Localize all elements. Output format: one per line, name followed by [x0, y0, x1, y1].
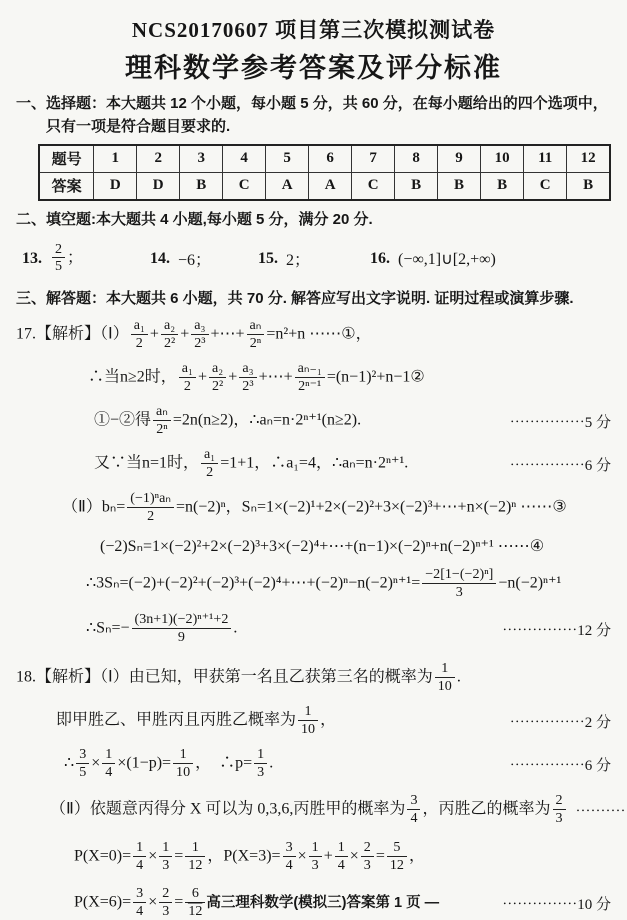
- question-number-cell: 1: [94, 145, 137, 173]
- solution-line: 又∵当n=1时，a₁2=1+1，∴a₁=4，∴aₙ=n·2ⁿ⁺¹. ⋯⋯⋯⋯⋯6…: [16, 442, 611, 486]
- math-formula: 17.【解析】（Ⅰ）a₁2+a₂2²+a₃2³+⋯+aₙ2ⁿ=n²+n ⋯⋯①，: [16, 318, 372, 351]
- problem-18-solution: 18.【解析】（Ⅰ）由已知，甲获第一名且乙获第三名的概率为110. 即甲胜乙、甲…: [16, 656, 611, 920]
- score-label: ⋯⋯⋯⋯⋯6 分: [502, 454, 611, 475]
- math-formula: （Ⅱ）依题意丙得分 X 可以为 0,3,6,丙胜甲的概率为34，丙胜乙的概率为2…: [50, 793, 568, 826]
- math-formula: 18.【解析】（Ⅰ）由已知，甲获第一名且乙获第三名的概率为110.: [16, 661, 461, 694]
- answer-cell: C: [352, 173, 395, 201]
- multiple-choice-answer-table: 题号 1 2 3 4 5 6 7 8 9 10 11 12 答案 D D B C…: [38, 144, 611, 201]
- score-label: ⋯⋯⋯⋯⋯6 分: [502, 754, 611, 775]
- solution-line: P(X=0)=14×13=112，P(X=3)=34×13+14×23=512，: [16, 834, 611, 880]
- table-row-question-numbers: 题号 1 2 3 4 5 6 7 8 9 10 11 12: [39, 145, 610, 173]
- answer-cell: B: [567, 173, 610, 201]
- fill-in-answer-14: 14. −6；: [150, 247, 258, 270]
- question-number-cell: 7: [352, 145, 395, 173]
- question-number-cell: 2: [137, 145, 180, 173]
- question-14-label: 14.: [150, 250, 170, 268]
- question-number-cell: 6: [309, 145, 352, 173]
- fill-in-answer-15: 15. 2；: [258, 247, 370, 270]
- question-16-label: 16.: [370, 250, 390, 268]
- math-formula: P(X=0)=14×13=112，P(X=3)=34×13+14×23=512，: [74, 840, 425, 873]
- math-formula: ①−②得aₙ2ⁿ=2n(n≥2)，∴aₙ=n·2ⁿ⁺¹(n≥2).: [94, 404, 361, 437]
- solution-line: (−2)Sₙ=1×(−2)²+2×(−2)³+3×(−2)⁴+⋯+(n−1)×(…: [16, 530, 611, 562]
- math-formula: （Ⅱ）bₙ=(−1)ⁿaₙ2=n(−2)ⁿ，Sₙ=1×(−2)¹+2×(−2)²…: [62, 491, 567, 524]
- page-subtitle: 理科数学参考答案及评分标准: [16, 46, 611, 85]
- question-14-answer: −6；: [178, 247, 211, 270]
- fill-in-answer-13: 13. 25；: [22, 242, 150, 275]
- math-formula: 又∵当n=1时，a₁2=1+1，∴a₁=4，∴aₙ=n·2ⁿ⁺¹.: [94, 447, 408, 480]
- question-15-answer: 2；: [286, 247, 310, 270]
- page-footer: — 高三理科数学(模拟三)答案第 1 页 —: [0, 891, 627, 912]
- solution-line: 即甲胜乙、甲胜丙且丙胜乙概率为110， ⋯⋯⋯⋯⋯2 分: [16, 700, 611, 742]
- question-13-label: 13.: [22, 250, 42, 268]
- math-formula: ∴35×14×(1−p)=110， ∴p=13.: [64, 747, 273, 780]
- choice-section-heading: 一、选择题：本大题共 12 个小题，每小题 5 分，共 60 分，在每小题给出的…: [16, 93, 611, 138]
- math-formula: ∴3Sₙ=(−2)+(−2)²+(−2)³+(−2)⁴+⋯+(−2)ⁿ−n(−2…: [86, 567, 561, 600]
- blank-section-heading: 二、填空题:本大题共 4 小题,每小题 5 分，满分 20 分.: [16, 209, 611, 232]
- answer-cell: D: [94, 173, 137, 201]
- answer-cell: B: [481, 173, 524, 201]
- row-label-question: 题号: [39, 145, 94, 173]
- question-15-label: 15.: [258, 250, 278, 268]
- answer-cell: C: [524, 173, 567, 201]
- problem-17-solution: 17.【解析】（Ⅰ）a₁2+a₂2²+a₃2³+⋯+aₙ2ⁿ=n²+n ⋯⋯①，…: [16, 314, 611, 652]
- exam-answer-page: NCS20170607 项目第三次模拟测试卷 理科数学参考答案及评分标准 一、选…: [0, 0, 627, 920]
- solution-line: ∴Sₙ=−(3n+1)(−2)ⁿ⁺¹+29. ⋯⋯⋯⋯⋯12 分: [16, 606, 611, 652]
- solution-line: ①−②得aₙ2ⁿ=2n(n≥2)，∴aₙ=n·2ⁿ⁺¹(n≥2). ⋯⋯⋯⋯⋯5…: [16, 400, 611, 442]
- question-16-answer: (−∞,1]∪[2,+∞): [398, 249, 496, 269]
- question-13-answer: 25；: [50, 242, 83, 275]
- math-formula: (−2)Sₙ=1×(−2)²+2×(−2)³+3×(−2)⁴+⋯+(n−1)×(…: [100, 536, 544, 556]
- score-label: ⋯⋯⋯⋯⋯5 分: [502, 411, 611, 432]
- answer-cell: A: [266, 173, 309, 201]
- math-formula: ∴Sₙ=−(3n+1)(−2)ⁿ⁺¹+29.: [86, 612, 237, 645]
- solution-line: （Ⅱ）bₙ=(−1)ⁿaₙ2=n(−2)ⁿ，Sₙ=1×(−2)¹+2×(−2)²…: [16, 486, 611, 530]
- solution-section-heading: 三、解答题：本大题共 6 小题，共 70 分. 解答应写出文字说明. 证明过程或…: [16, 288, 611, 311]
- solution-line: （Ⅱ）依题意丙得分 X 可以为 0,3,6,丙胜甲的概率为34，丙胜乙的概率为2…: [16, 786, 611, 834]
- question-number-cell: 4: [223, 145, 266, 173]
- page-title: NCS20170607 项目第三次模拟测试卷: [16, 14, 611, 44]
- solution-line: 18.【解析】（Ⅰ）由已知，甲获第一名且乙获第三名的概率为110.: [16, 656, 611, 700]
- answer-cell: A: [309, 173, 352, 201]
- question-number-cell: 3: [180, 145, 223, 173]
- row-label-answer: 答案: [39, 173, 94, 201]
- solution-line: ∴3Sₙ=(−2)+(−2)²+(−2)³+(−2)⁴+⋯+(−2)ⁿ−n(−2…: [16, 562, 611, 606]
- question-number-cell: 9: [438, 145, 481, 173]
- table-row-answers: 答案 D D B C A A C B B B C B: [39, 173, 610, 201]
- question-number-cell: 11: [524, 145, 567, 173]
- question-number-cell: 5: [266, 145, 309, 173]
- solution-line: 17.【解析】（Ⅰ）a₁2+a₂2²+a₃2³+⋯+aₙ2ⁿ=n²+n ⋯⋯①，: [16, 314, 611, 356]
- math-formula: ∴当n≥2时，a₁2+a₂2²+a₃2³+⋯+aₙ₋₁2ⁿ⁻¹=(n−1)²+n…: [88, 361, 425, 394]
- solution-line: ∴35×14×(1−p)=110， ∴p=13. ⋯⋯⋯⋯⋯6 分: [16, 742, 611, 786]
- solution-line: ∴当n≥2时，a₁2+a₂2²+a₃2³+⋯+aₙ₋₁2ⁿ⁻¹=(n−1)²+n…: [16, 356, 611, 400]
- answer-cell: C: [223, 173, 266, 201]
- answer-cell: B: [180, 173, 223, 201]
- math-formula: 即甲胜乙、甲胜丙且丙胜乙概率为110，: [56, 704, 336, 737]
- question-number-cell: 12: [567, 145, 610, 173]
- question-number-cell: 10: [481, 145, 524, 173]
- answer-cell: B: [395, 173, 438, 201]
- score-label: ⋯⋯⋯⋯⋯12 分: [494, 619, 611, 640]
- question-number-cell: 8: [395, 145, 438, 173]
- answer-cell: B: [438, 173, 481, 201]
- answer-cell: D: [137, 173, 180, 201]
- score-label: ⋯⋯⋯⋯⋯7 分: [568, 800, 627, 821]
- fill-in-answers-row: 13. 25； 14. −6； 15. 2； 16. (−∞,1]∪[2,+∞): [22, 238, 611, 280]
- fill-in-answer-16: 16. (−∞,1]∪[2,+∞): [370, 249, 496, 269]
- score-label: ⋯⋯⋯⋯⋯2 分: [502, 711, 611, 732]
